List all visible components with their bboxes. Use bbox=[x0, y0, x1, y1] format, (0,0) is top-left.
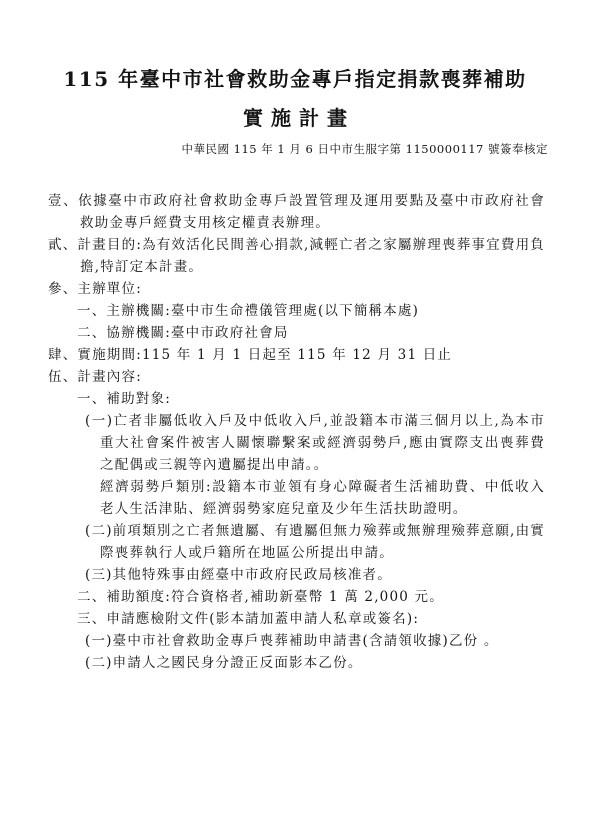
document-title-line1: 115 年臺中市社會救助金專戶指定捐款喪葬補助 bbox=[0, 66, 590, 93]
para-recipient-item-2: (二)前項類別之亡者無遺屬、有遺屬但無力殮葬或無辦理殮葬意願,由實際喪葬執行人或… bbox=[0, 520, 590, 564]
para-document-item-1: (一)臺中市社會救助金專戶喪葬補助申請書(含請領收據)乙份 。 bbox=[0, 630, 590, 652]
para-recipient-item-3: (三)其他特殊事由經臺中市政府民政局核准者。 bbox=[0, 564, 590, 586]
para-implementation-period: 肆、實施期間:115 年 1 月 1 日起至 115 年 12 月 31 日止 bbox=[0, 344, 590, 366]
para-economic-disadvantage-note: 經濟弱勢戶類別:設籍本市並領有身心障礙者生活補助費、中低收入老人生活津貼、經濟弱… bbox=[0, 476, 590, 520]
para-subsidy-amount: 二、補助額度:符合資格者,補助新臺幣 1 萬 2,000 元。 bbox=[0, 586, 590, 608]
para-co-organizer: 二、協辦機關:臺中市政府社會局 bbox=[0, 322, 590, 344]
para-document-item-2: (二)申請人之國民身分證正反面影本乙份。 bbox=[0, 652, 590, 674]
para-organizing-units: 參、主辦單位: bbox=[0, 278, 590, 300]
para-legal-basis: 壹、依據臺中市政府社會救助金專戶設置管理及運用要點及臺中市政府社會救助金專戶經費… bbox=[0, 190, 590, 234]
para-subsidy-recipients: 一、補助對象: bbox=[0, 388, 590, 410]
document-title-line2: 實施計畫 bbox=[0, 105, 590, 132]
document-body: 壹、依據臺中市政府社會救助金專戶設置管理及運用要點及臺中市政府社會救助金專戶經費… bbox=[0, 190, 590, 674]
para-required-documents: 三、申請應檢附文件(影本請加蓋申請人私章或簽名): bbox=[0, 608, 590, 630]
para-recipient-item-1: (一)亡者非屬低收入戶及中低收入戶,並設籍本市滿三個月以上,為本市重大社會案件被… bbox=[0, 410, 590, 476]
approval-note: 中華民國 115 年 1 月 6 日中市生服字第 1150000117 號簽奉核… bbox=[0, 141, 590, 157]
para-plan-content: 伍、計畫內容: bbox=[0, 366, 590, 388]
para-main-organizer: 一、主辦機關:臺中市生命禮儀管理處(以下簡稱本處) bbox=[0, 300, 590, 322]
para-plan-purpose: 貳、計畫目的:為有效活化民間善心捐款,減輕亡者之家屬辦理喪葬事宜費用負擔,特訂定… bbox=[0, 234, 590, 278]
document-page: 115 年臺中市社會救助金專戶指定捐款喪葬補助 實施計畫 中華民國 115 年 … bbox=[0, 0, 590, 837]
